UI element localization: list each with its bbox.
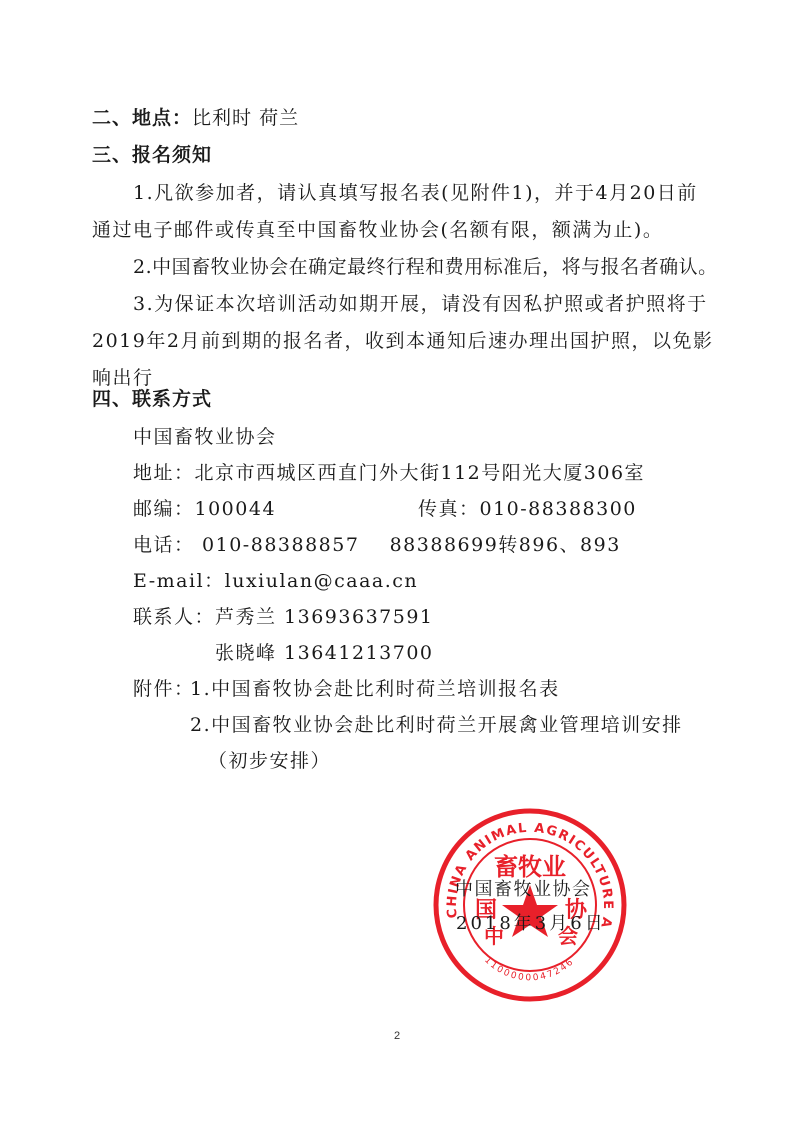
section2-line: 二、地点：比利时 荷兰 bbox=[92, 106, 299, 130]
section3-heading: 三、报名须知 bbox=[92, 143, 212, 167]
contact-email[interactable]: E-mail：luxiulan@caaa.cn bbox=[133, 569, 418, 593]
contact-phone: 电话： 010-88388857 88388699转896、893 bbox=[133, 533, 621, 557]
attachment-2: 2.中国畜牧业协会赴比利时荷兰开展禽业管理培训安排 bbox=[190, 713, 683, 737]
contact-address: 地址：北京市西城区西直门外大街112号阳光大厦306室 bbox=[133, 461, 645, 485]
item3-line2: 2019年2月前到期的报名者，收到本通知后速办理出国护照，以免影 bbox=[92, 329, 713, 353]
svg-text:畜牧业: 畜牧业 bbox=[494, 853, 566, 881]
section2-number: 二、 bbox=[92, 107, 132, 129]
signature-organization: 中国畜牧业协会 bbox=[455, 878, 592, 902]
section2-value: 比利时 荷兰 bbox=[192, 107, 299, 129]
contact-person-1: 芦秀兰 13693637591 bbox=[215, 605, 434, 629]
contacts-label: 联系人： bbox=[133, 605, 215, 629]
contact-person-2: 张晓峰 13641213700 bbox=[215, 641, 434, 665]
section2-label: 地点： bbox=[132, 107, 192, 129]
contact-organization: 中国畜牧业协会 bbox=[133, 425, 277, 449]
attachment-1: 1.中国畜牧协会赴比利时荷兰培训报名表 bbox=[190, 677, 560, 701]
official-seal-icon: CHINA ANIMAL AGRICULTURE ASSOCIATION 110… bbox=[430, 805, 630, 1005]
attachment-2-note: （初步安排） bbox=[208, 749, 331, 773]
svg-text:1100000047246: 1100000047246 bbox=[482, 955, 576, 983]
page-number: 2 bbox=[394, 1030, 400, 1042]
signature-date: 2018年3月6日 bbox=[456, 912, 606, 936]
attachments-label: 附件： bbox=[133, 677, 195, 701]
item1-line2: 通过电子邮件或传真至中国畜牧业协会(名额有限，额满为止)。 bbox=[92, 218, 663, 242]
contact-postcode: 邮编：100044 bbox=[133, 497, 276, 521]
item2-line1: 2.中国畜牧业协会在确定最终行程和费用标准后，将与报名者确认。 bbox=[133, 255, 718, 279]
section4-heading: 四、联系方式 bbox=[92, 387, 212, 411]
contact-fax: 传真：010-88388300 bbox=[418, 497, 637, 521]
item1-line1: 1.凡欲参加者，请认真填写报名表(见附件1)，并于4月20日前 bbox=[133, 181, 698, 205]
item3-line1: 3.为保证本次培训活动如期开展，请没有因私护照或者护照将于 bbox=[133, 292, 708, 316]
